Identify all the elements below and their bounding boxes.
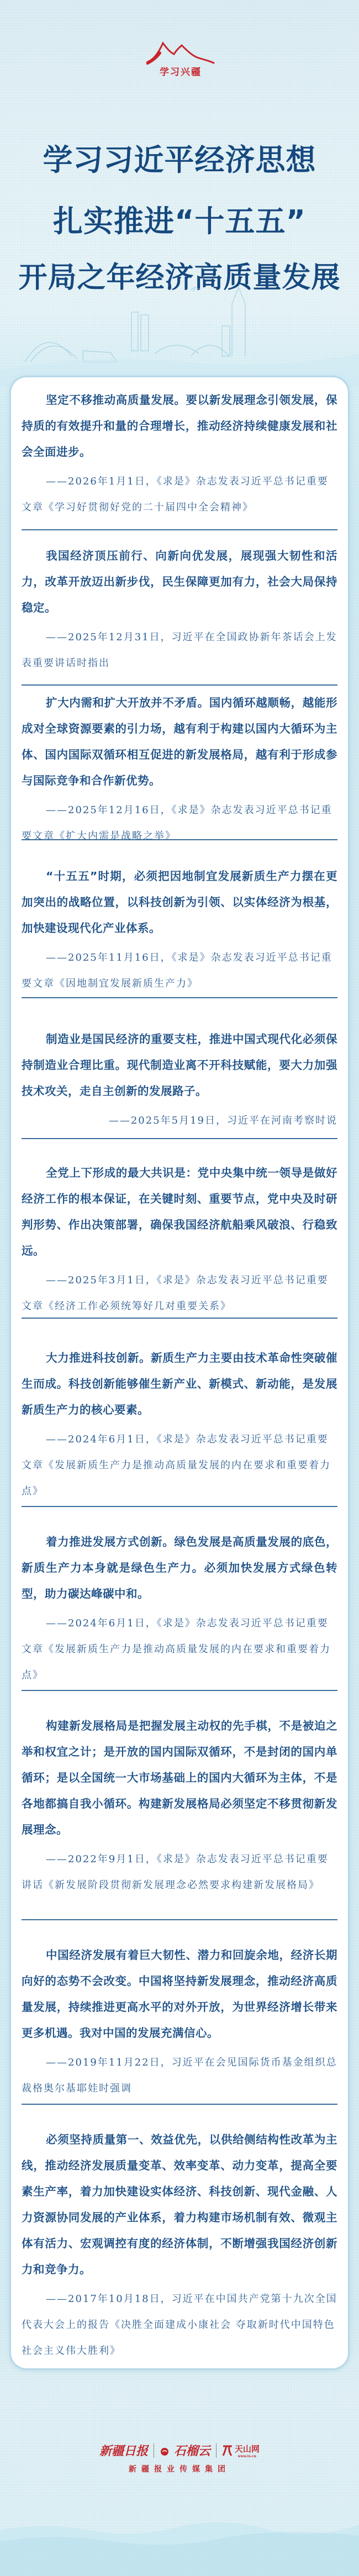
wave-decoration [0,2508,359,2576]
quote-text: 扩大内需和扩大开放并不矛盾。国内循环越顺畅，越能形成对全球资源要素的引力场，越有… [22,690,337,794]
divider [22,529,337,530]
divider [22,1506,337,1507]
quote-block-10: 中国经济发展有着巨大韧性、潜力和回旋余地，经济长期向好的态势不会改变。中国将坚持… [22,1942,337,2101]
logo-separator [216,2443,217,2458]
quote-text: “十五五”时期，必须把因地制宜发展新质生产力摆在更加突出的战略位置，以科技创新为… [22,863,337,941]
quote-block-3: 扩大内需和扩大开放并不矛盾。国内循环越顺畅，越能形成对全球资源要素的引力场，越有… [22,690,337,849]
divider [22,684,337,686]
quote-block-4: “十五五”时期，必须把因地制宜发展新质生产力摆在更加突出的战略位置，以科技创新为… [22,863,337,997]
quote-block-6: 全党上下形成的最大共识是：党中央集中统一领导是做好经济工作的根本保证，在关键时刻… [22,1160,337,1319]
divider [22,997,337,998]
footer: 新疆日报 石榴云 天山网 www.ts.cn 新疆报业传媒集团 [0,2442,359,2474]
divider [22,2104,337,2105]
quote-source: ——2025年3月1日，《求是》杂志发表习近平总书记重要文章《经济工作必须统筹好… [22,1267,337,1319]
divider [22,839,337,840]
quote-block-9: 构建新发展格局是把握发展主动权的先手棋，不是被迫之举和权宜之计；是开放的国内国际… [22,1713,337,1898]
brand-logo: 学习兴疆 [145,39,217,83]
quote-text: 我国经济顶压前行、向新向优发展，展现强大韧性和活力，改革开放迈出新步伐，民生保障… [22,543,337,621]
quote-source: ——2022年9月1日，《求是》杂志发表习近平总书记重要讲话《新发展阶段贯彻新发… [22,1846,337,1898]
pomegranate-icon [160,2446,170,2456]
tianshan-net-logo: 天山网 www.ts.cn [222,2443,260,2458]
quote-text: 全党上下形成的最大共识是：党中央集中统一领导是做好经济工作的根本保证，在关键时刻… [22,1160,337,1264]
quote-source: ——2025年12月16日，《求是》杂志发表习近平总书记重要文章《扩大内需是战略… [22,797,337,849]
mountain-icon [146,39,215,65]
media-group-name: 新疆报业传媒集团 [0,2463,359,2474]
divider [22,1318,337,1319]
xinjiang-daily-logo: 新疆日报 [99,2442,148,2459]
quote-text: 必须坚持质量第一、效益优先，以供给侧结构性改革为主线，推动经济发展质量变革、效率… [22,2127,337,2283]
divider [22,1919,337,1920]
ts-icon [222,2445,233,2457]
quote-source: ——2024年6月1日，《求是》杂志发表习近平总书记重要文章《发展新质生产力是推… [22,1426,337,1504]
quote-text: 大力推进科技创新。新质生产力主要由技术革命性突破催生而成。科技创新能够催生新产业… [22,1345,337,1423]
quote-text: 着力推进发展方式创新。绿色发展是高质量发展的底色，新质生产力本身就是绿色生产力。… [22,1529,337,1607]
quote-text: 坚定不移推动高质量发展。要以新发展理念引领发展，保持质的有效提升和量的合理增长，… [22,387,337,465]
quote-source: ——2025年12月31日，习近平在全国政协新年茶话会上发表重要讲话时指出 [22,624,337,676]
quote-block-7: 大力推进科技创新。新质生产力主要由技术革命性突破催生而成。科技创新能够催生新产业… [22,1345,337,1504]
quote-block-1: 坚定不移推动高质量发展。要以新发展理念引领发展，保持质的有效提升和量的合理增长，… [22,387,337,520]
title-line-1: 学习习近平经济思想 [0,136,359,179]
quote-block-11: 必须坚持质量第一、效益优先，以供给侧结构性改革为主线，推动经济发展质量变革、效率… [22,2127,337,2364]
quotes-card: 坚定不移推动高质量发展。要以新发展理念引领发展，保持质的有效提升和量的合理增长，… [11,377,348,2368]
quote-block-5: 制造业是国民经济的重要支柱，推进中国式现代化必须保持制造业合理比重。现代制造业离… [22,1026,337,1134]
title-line-2: 扎实推进“十五五” [0,198,359,240]
quote-source: ——2024年6月1日，《求是》杂志发表习近平总书记重要文章《发展新质生产力是推… [22,1610,337,1688]
quote-source: ——2017年10月18日，习近平在中国共产党第十九次全国代表大会上的报告《决胜… [22,2286,337,2364]
quote-block-2: 我国经济顶压前行、向新向优发展，展现强大韧性和活力，改革开放迈出新步伐，民生保障… [22,543,337,676]
quote-source: ——2026年1月1日，《求是》杂志发表习近平总书记重要文章《学习好贯彻好党的二… [22,468,337,520]
logo-separator [154,2443,154,2458]
divider [22,1690,337,1691]
quote-text: 中国经济发展有着巨大韧性、潜力和回旋余地，经济长期向好的态势不会改变。中国将坚持… [22,1942,337,2046]
quote-text: 构建新发展格局是把握发展主动权的先手棋，不是被迫之举和权宜之计；是开放的国内国际… [22,1713,337,1843]
quote-text: 制造业是国民经济的重要支柱，推进中国式现代化必须保持制造业合理比重。现代制造业离… [22,1026,337,1104]
quote-source: ——2025年5月19日，习近平在河南考察时说 [22,1108,337,1134]
quote-source: ——2019年11月22日，习近平在会见国际货币基金组织总裁格奥尔基耶娃时强调 [22,2050,337,2101]
divider [22,1138,337,1139]
partner-logos: 新疆日报 石榴云 天山网 www.ts.cn [0,2442,359,2459]
quote-block-8: 着力推进发展方式创新。绿色发展是高质量发展的底色，新质生产力本身就是绿色生产力。… [22,1529,337,1688]
brand-name: 学习兴疆 [145,64,217,78]
shiliuyun-logo: 石榴云 [160,2442,210,2459]
quote-source: ——2025年11月16日，《求是》杂志发表习近平总书记重要文章《因地制宜发展新… [22,945,337,997]
city-skyline-illustration [0,243,359,387]
